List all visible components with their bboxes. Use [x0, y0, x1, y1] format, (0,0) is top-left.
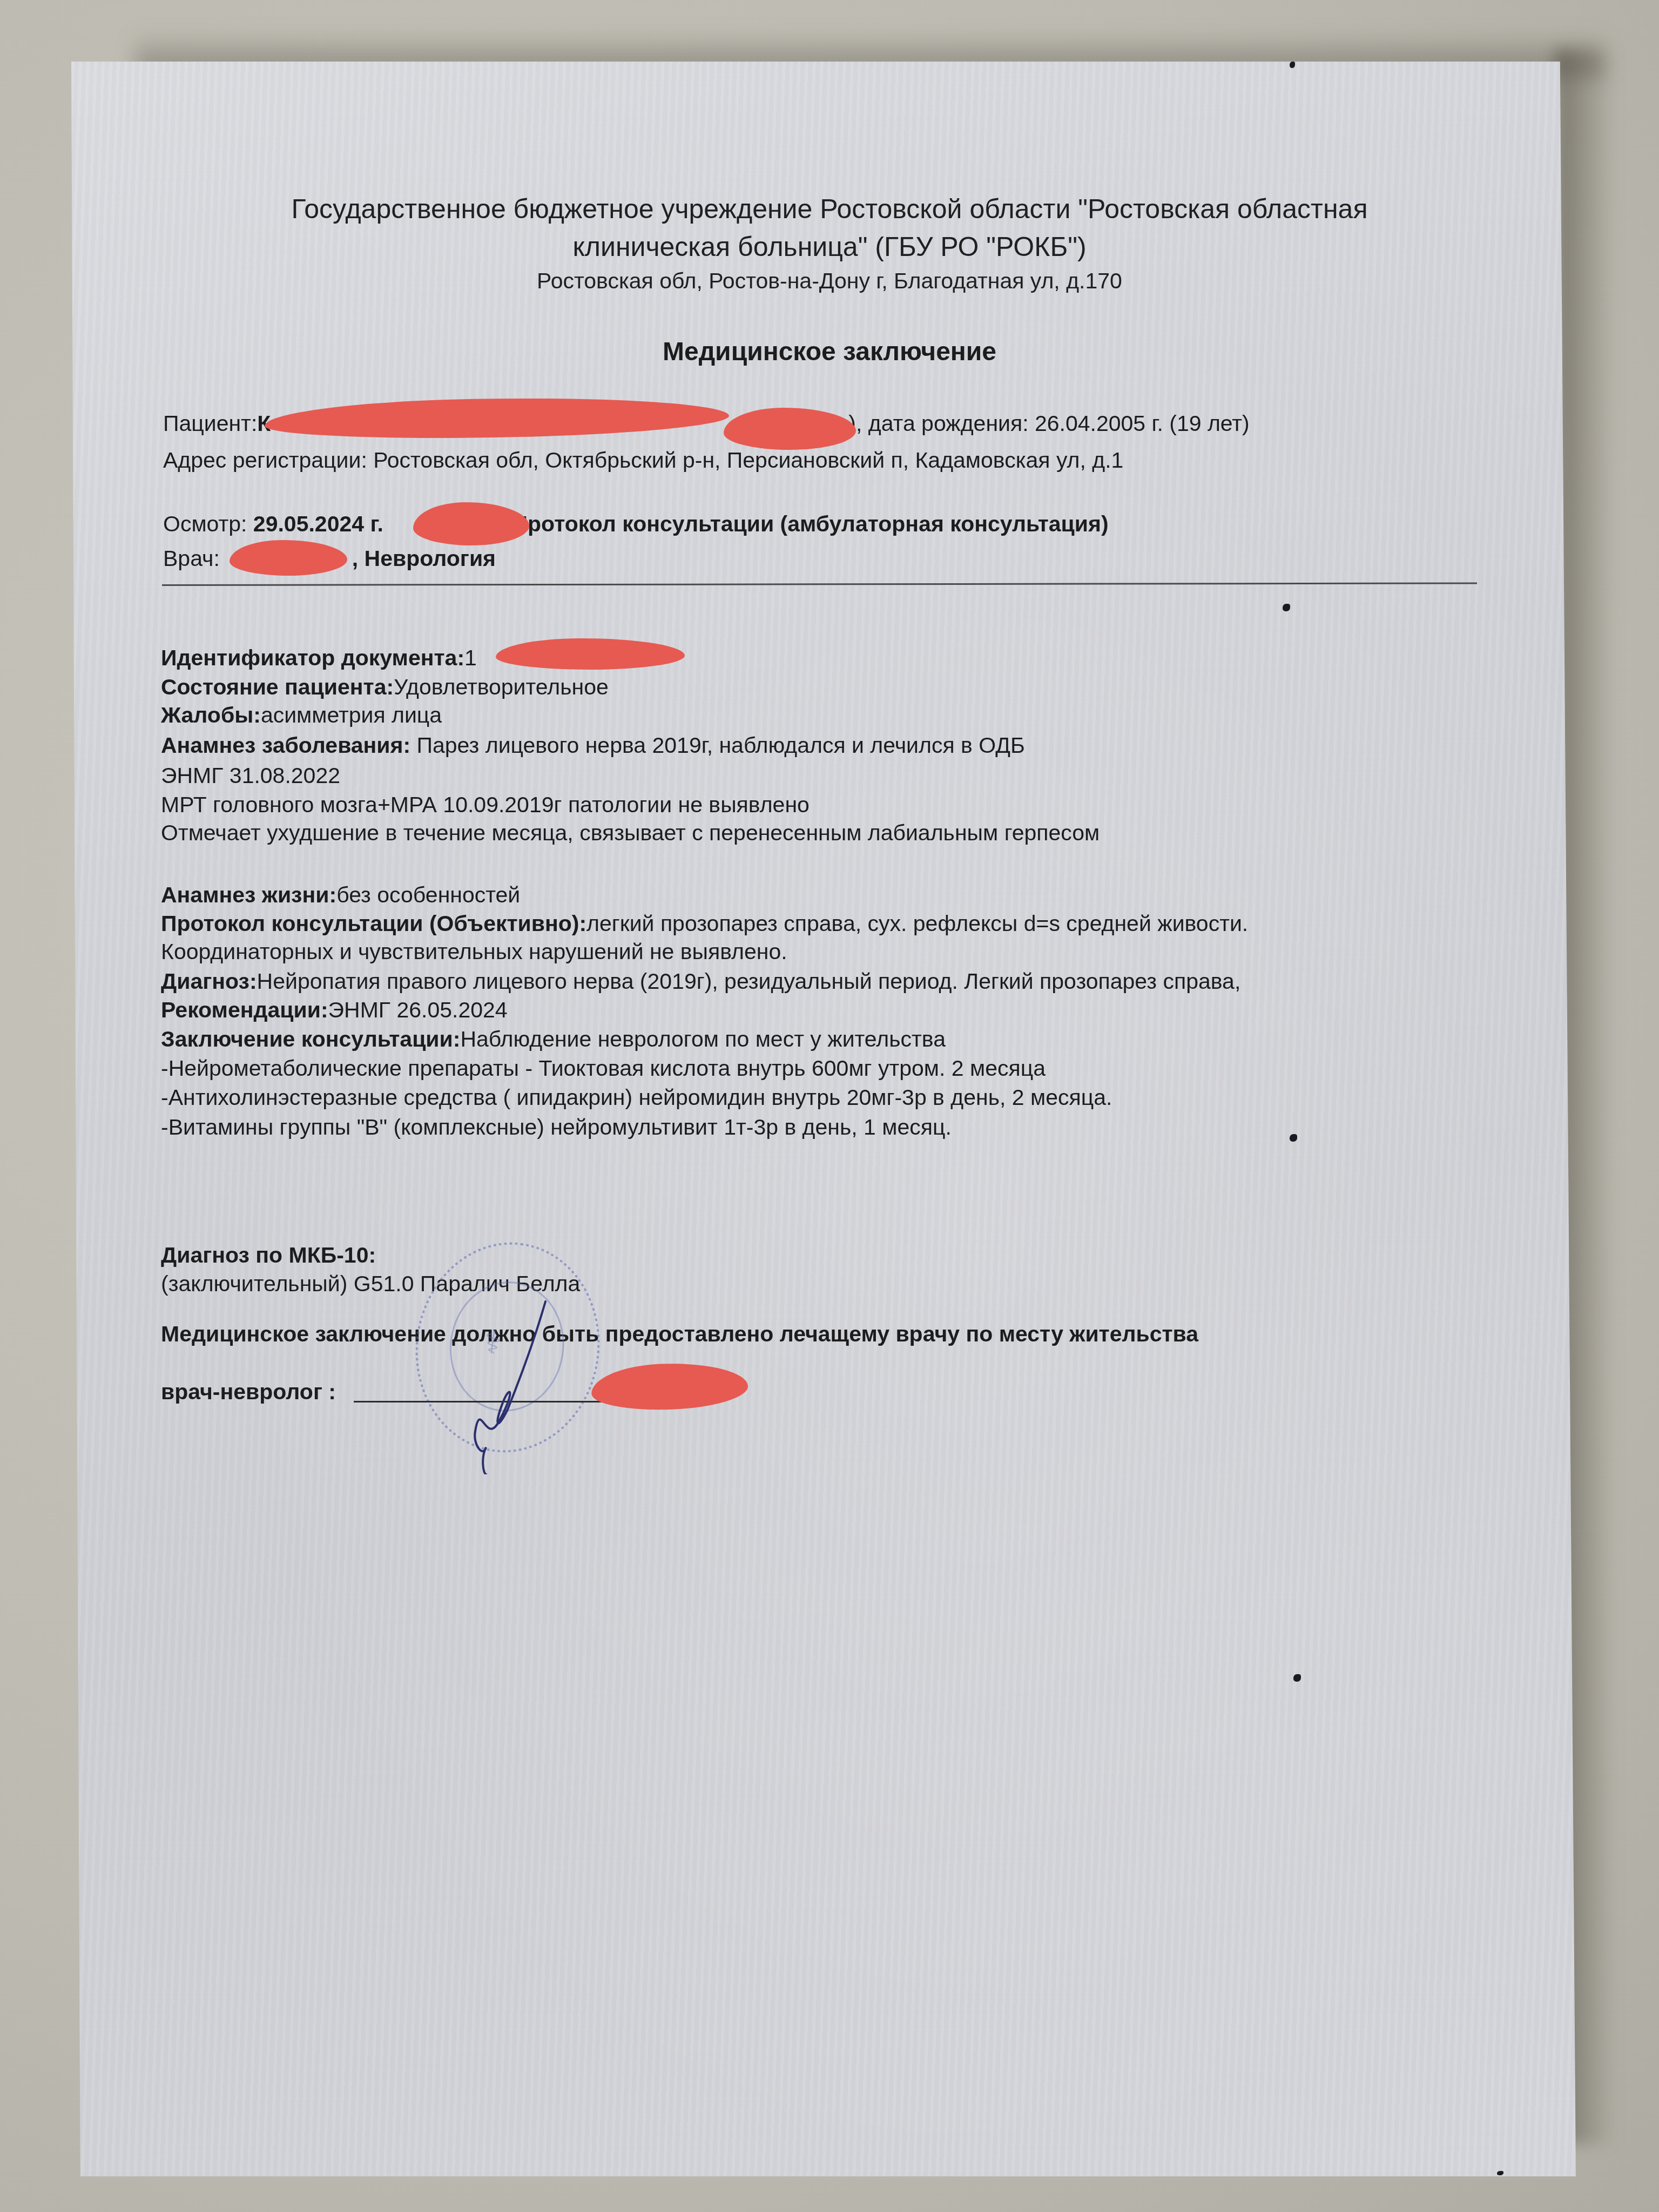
prescription-item: -Антихолинэстеразные средства ( ипидакри… — [161, 1087, 1112, 1109]
notice-text: Медицинское заключение должно быть предо… — [161, 1321, 1198, 1346]
punch-mark — [1497, 2171, 1503, 2175]
signature-icon — [443, 1296, 583, 1474]
prescription-item: -Нейрометаболические препараты - Тиоктов… — [161, 1057, 1046, 1080]
icd-label: Диагноз по МКБ-10: — [161, 1244, 376, 1266]
exam-date: 29.05.2024 г. — [253, 511, 383, 536]
life-anamnesis-line: Анамнез жизни:без особенностей — [161, 884, 520, 906]
complaints-label: Жалобы: — [161, 703, 261, 727]
recommendations-label: Рекомендации: — [161, 997, 328, 1022]
punch-mark — [1290, 1134, 1297, 1142]
recommendations-value: ЭНМГ 26.05.2024 — [328, 997, 508, 1022]
patient-address: Ростовская обл, Октябрьский р-н, Персиан… — [373, 448, 1123, 473]
signature-line: врач-невролог : — [161, 1381, 336, 1403]
doc-id-prefix: 1 — [464, 645, 477, 670]
objective-line: Координаторных и чувствительных нарушени… — [161, 941, 787, 963]
objective-label: Протокол консультации (Объективно): — [161, 911, 586, 936]
complaints-line: Жалобы:асимметрия лица — [161, 704, 442, 726]
doctor-label: Врач: — [163, 546, 220, 571]
patient-state-line: Состояние пациента:Удовлетворительное — [161, 676, 609, 698]
punch-mark — [1290, 62, 1295, 68]
org-address: Ростовская обл, Ростов-на-Дону г, Благод… — [0, 270, 1659, 292]
patient-birth: ), дата рождения: 26.04.2005 г. (19 лет) — [848, 411, 1249, 436]
conclusion-value: Наблюдение неврологом по мест у жительст… — [460, 1027, 946, 1051]
anamnesis-label: Анамнез заболевания: — [161, 733, 410, 758]
diagnosis-label: Диагноз: — [161, 969, 257, 994]
exam-label: Осмотр: — [163, 511, 247, 536]
life-anamnesis-label: Анамнез жизни: — [161, 882, 336, 907]
icd-label-text: Диагноз по МКБ-10: — [161, 1243, 376, 1267]
recommendations-line: Рекомендации:ЭНМГ 26.05.2024 — [161, 999, 508, 1021]
department: , Неврология — [352, 546, 496, 571]
anamnesis-line: Отмечает ухудшение в течение месяца, свя… — [161, 822, 1100, 844]
patient-label: Пациент: — [163, 411, 257, 436]
notice: Медицинское заключение должно быть предо… — [161, 1323, 1198, 1345]
patient-address-line: Адрес регистрации: Ростовская обл, Октяб… — [163, 449, 1123, 471]
anamnesis-value: Парез лицевого нерва 2019г, наблюдался и… — [410, 733, 1025, 758]
anamnesis-line: Анамнез заболевания: Парез лицевого нерв… — [161, 734, 1025, 757]
org-name-line1: Государственное бюджетное учреждение Рос… — [0, 195, 1659, 222]
conclusion-line: Заключение консультации:Наблюдение невро… — [161, 1028, 946, 1050]
complaints-value: асимметрия лица — [261, 703, 442, 727]
punch-mark — [1283, 604, 1290, 611]
signature-label: врач-невролог : — [161, 1379, 336, 1404]
diagnosis-value: Нейропатия правого лицевого нерва (2019г… — [257, 969, 1241, 994]
doc-id-label: Идентификатор документа: — [161, 645, 464, 670]
prescription-item: -Витамины группы "В" (комплексные) нейро… — [161, 1116, 952, 1138]
objective-value: легкий прозопарез справа, сух. рефлексы … — [586, 911, 1248, 936]
patient-address-label: Адрес регистрации: — [163, 448, 367, 473]
life-anamnesis-value: без особенностей — [336, 882, 520, 907]
punch-mark — [1293, 1674, 1301, 1682]
org-name-line2: клиническая больница" (ГБУ РО "РОКБ") — [0, 233, 1659, 260]
patient-state-label: Состояние пациента: — [161, 675, 394, 699]
document-title: Медицинское заключение — [0, 339, 1659, 365]
conclusion-label: Заключение консультации: — [161, 1027, 460, 1051]
patient-state-value: Удовлетворительное — [394, 675, 609, 699]
exam-line: Осмотр: 29.05.2024 г., Протокол консульт… — [163, 513, 1109, 535]
diagnosis-line: Диагноз:Нейропатия правого лицевого нерв… — [161, 970, 1240, 993]
exam-protocol: , Протокол консультации (амбулаторная ко… — [500, 511, 1109, 536]
anamnesis-line: МРТ головного мозга+МРА 10.09.2019г пато… — [161, 794, 810, 816]
objective-line: Протокол консультации (Объективно):легки… — [161, 913, 1248, 935]
anamnesis-line: ЭНМГ 31.08.2022 — [161, 765, 340, 787]
